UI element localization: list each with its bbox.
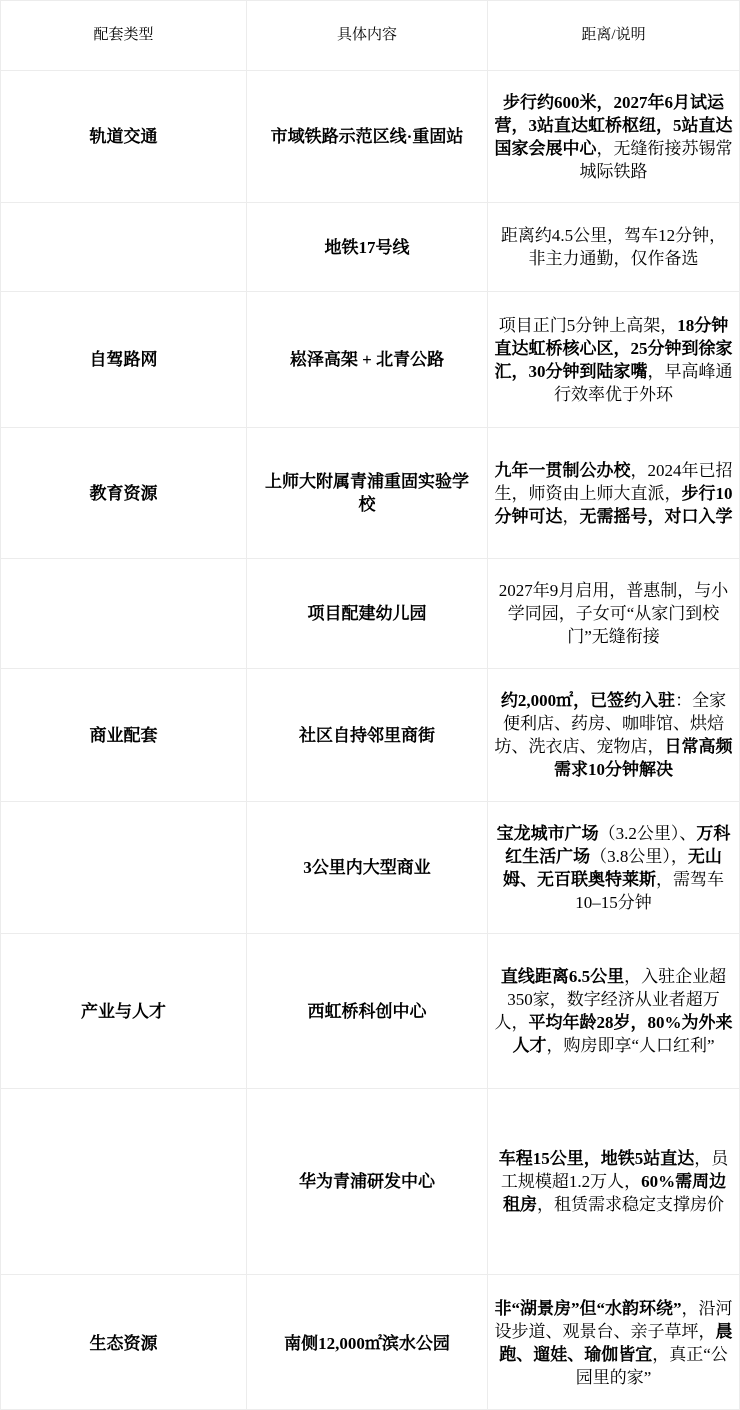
item-cell: 崧泽高架 + 北青公路	[247, 292, 488, 427]
desc-cell: 非“湖景房”但“水韵环绕”，沿河设步道、观景台、亲子草坪，晨跑、遛娃、瑜伽皆宜，…	[488, 1275, 739, 1410]
desc-plain: （3.8公里），	[590, 847, 688, 866]
desc-plain: 项目正门5分钟上高架，	[499, 316, 678, 335]
category-cell: 自驾路网	[1, 292, 247, 427]
amenities-table: 配套类型 具体内容 距离/说明 轨道交通 市域铁路示范区线·重固站 步行约600…	[0, 0, 740, 1410]
category-cell: 产业与人才	[1, 934, 247, 1088]
desc-cell: 2027年9月启用，普惠制，与小学同园，子女可“从家门到校门”无缝衔接	[488, 559, 739, 668]
desc-cell: 步行约600米，2027年6月试运营，3站直达虹桥枢纽，5站直达国家会展中心，无…	[488, 71, 739, 202]
desc-plain: ，无缝衔接苏锡常城际铁路	[580, 139, 733, 181]
desc-text: 步行约600米，2027年6月试运营，3站直达虹桥枢纽，5站直达国家会展中心，无…	[494, 91, 733, 183]
desc-emphasis: 九年一贯制公办校	[495, 461, 631, 480]
table-row: 地铁17号线 距离约4.5公里，驾车12分钟，非主力通勤，仅作备选	[1, 203, 739, 292]
desc-emphasis: 无需摇号，对口入学	[580, 507, 733, 526]
desc-plain: ，	[563, 507, 580, 526]
table-row: 项目配建幼儿园 2027年9月启用，普惠制，与小学同园，子女可“从家门到校门”无…	[1, 559, 739, 669]
desc-cell: 直线距离6.5公里，入驻企业超350家，数字经济从业者超万人，平均年龄28岁，8…	[488, 934, 739, 1088]
desc-emphasis: 车程15公里，地铁5站直达	[499, 1149, 695, 1168]
desc-cell: 项目正门5分钟上高架，18分钟直达虹桥核心区，25分钟到徐家汇，30分钟到陆家嘴…	[488, 292, 739, 427]
desc-text: 2027年9月启用，普惠制，与小学同园，子女可“从家门到校门”无缝衔接	[494, 579, 733, 648]
table-row: 商业配套 社区自持邻里商街 约2,000㎡，已签约入驻：全家便利店、药房、咖啡馆…	[1, 669, 739, 802]
desc-text: 距离约4.5公里，驾车12分钟，非主力通勤，仅作备选	[494, 224, 733, 270]
desc-plain: ，购房即享“人口红利”	[546, 1036, 714, 1055]
category-cell	[1, 802, 247, 933]
table-row: 自驾路网 崧泽高架 + 北青公路 项目正门5分钟上高架，18分钟直达虹桥核心区，…	[1, 292, 739, 428]
item-cell: 社区自持邻里商街	[247, 669, 488, 801]
item-cell: 地铁17号线	[247, 203, 488, 291]
item-cell: 南侧12,000㎡滨水公园	[247, 1275, 488, 1410]
table-row: 产业与人才 西虹桥科创中心 直线距离6.5公里，入驻企业超350家，数字经济从业…	[1, 934, 739, 1089]
category-cell: 教育资源	[1, 428, 247, 558]
header-category: 配套类型	[1, 1, 247, 70]
desc-text: 宝龙城市广场（3.2公里）、万科红生活广场（3.8公里），无山姆、无百联奥特莱斯…	[494, 822, 733, 914]
table-row: 3公里内大型商业 宝龙城市广场（3.2公里）、万科红生活广场（3.8公里），无山…	[1, 802, 739, 934]
table-row: 华为青浦研发中心 车程15公里，地铁5站直达，员工规模超1.2万人，60%需周边…	[1, 1089, 739, 1275]
desc-emphasis: 宝龙城市广场	[497, 824, 599, 843]
desc-text: 非“湖景房”但“水韵环绕”，沿河设步道、观景台、亲子草坪，晨跑、遛娃、瑜伽皆宜，…	[494, 1297, 733, 1389]
desc-plain: （3.2公里）、	[599, 824, 697, 843]
table-row: 生态资源 南侧12,000㎡滨水公园 非“湖景房”但“水韵环绕”，沿河设步道、观…	[1, 1275, 739, 1410]
item-cell: 上师大附属青浦重固实验学校	[247, 428, 488, 558]
table-row: 轨道交通 市域铁路示范区线·重固站 步行约600米，2027年6月试运营，3站直…	[1, 71, 739, 203]
table-row: 教育资源 上师大附属青浦重固实验学校 九年一贯制公办校，2024年已招生，师资由…	[1, 428, 739, 559]
desc-text: 九年一贯制公办校，2024年已招生，师资由上师大直派，步行10分钟可达，无需摇号…	[494, 459, 733, 528]
item-cell: 3公里内大型商业	[247, 802, 488, 933]
desc-cell: 宝龙城市广场（3.2公里）、万科红生活广场（3.8公里），无山姆、无百联奥特莱斯…	[488, 802, 739, 933]
item-cell: 西虹桥科创中心	[247, 934, 488, 1088]
item-cell: 项目配建幼儿园	[247, 559, 488, 668]
category-cell: 轨道交通	[1, 71, 247, 202]
category-cell: 商业配套	[1, 669, 247, 801]
table-body: 轨道交通 市域铁路示范区线·重固站 步行约600米，2027年6月试运营，3站直…	[1, 71, 739, 1410]
category-cell	[1, 1089, 247, 1274]
category-cell	[1, 559, 247, 668]
desc-cell: 距离约4.5公里，驾车12分钟，非主力通勤，仅作备选	[488, 203, 739, 291]
category-cell: 生态资源	[1, 1275, 247, 1410]
header-item: 具体内容	[247, 1, 488, 70]
desc-plain: 2027年9月启用，普惠制，与小学同园，子女可“从家门到校门”无缝衔接	[499, 581, 729, 646]
desc-text: 约2,000㎡，已签约入驻：全家便利店、药房、咖啡馆、烘焙坊、洗衣店、宠物店，日…	[494, 689, 733, 781]
desc-text: 直线距离6.5公里，入驻企业超350家，数字经济从业者超万人，平均年龄28岁，8…	[494, 965, 733, 1057]
desc-plain: 距离约4.5公里，驾车12分钟，非主力通勤，仅作备选	[501, 226, 726, 268]
table-header-row: 配套类型 具体内容 距离/说明	[1, 1, 739, 71]
item-cell: 市域铁路示范区线·重固站	[247, 71, 488, 202]
desc-plain: ，租赁需求稳定支撑房价	[537, 1195, 724, 1214]
desc-cell: 车程15公里，地铁5站直达，员工规模超1.2万人，60%需周边租房，租赁需求稳定…	[488, 1089, 739, 1274]
header-distance-note: 距离/说明	[488, 1, 739, 70]
desc-emphasis: 直线距离6.5公里	[501, 967, 624, 986]
item-cell: 华为青浦研发中心	[247, 1089, 488, 1274]
desc-emphasis: 约2,000㎡，已签约入驻	[501, 691, 675, 710]
desc-text: 车程15公里，地铁5站直达，员工规模超1.2万人，60%需周边租房，租赁需求稳定…	[494, 1147, 733, 1216]
category-cell	[1, 203, 247, 291]
desc-cell: 约2,000㎡，已签约入驻：全家便利店、药房、咖啡馆、烘焙坊、洗衣店、宠物店，日…	[488, 669, 739, 801]
desc-emphasis: 非“湖景房”但“水韵环绕”	[495, 1299, 682, 1318]
desc-cell: 九年一贯制公办校，2024年已招生，师资由上师大直派，步行10分钟可达，无需摇号…	[488, 428, 739, 558]
desc-text: 项目正门5分钟上高架，18分钟直达虹桥核心区，25分钟到徐家汇，30分钟到陆家嘴…	[494, 314, 733, 406]
